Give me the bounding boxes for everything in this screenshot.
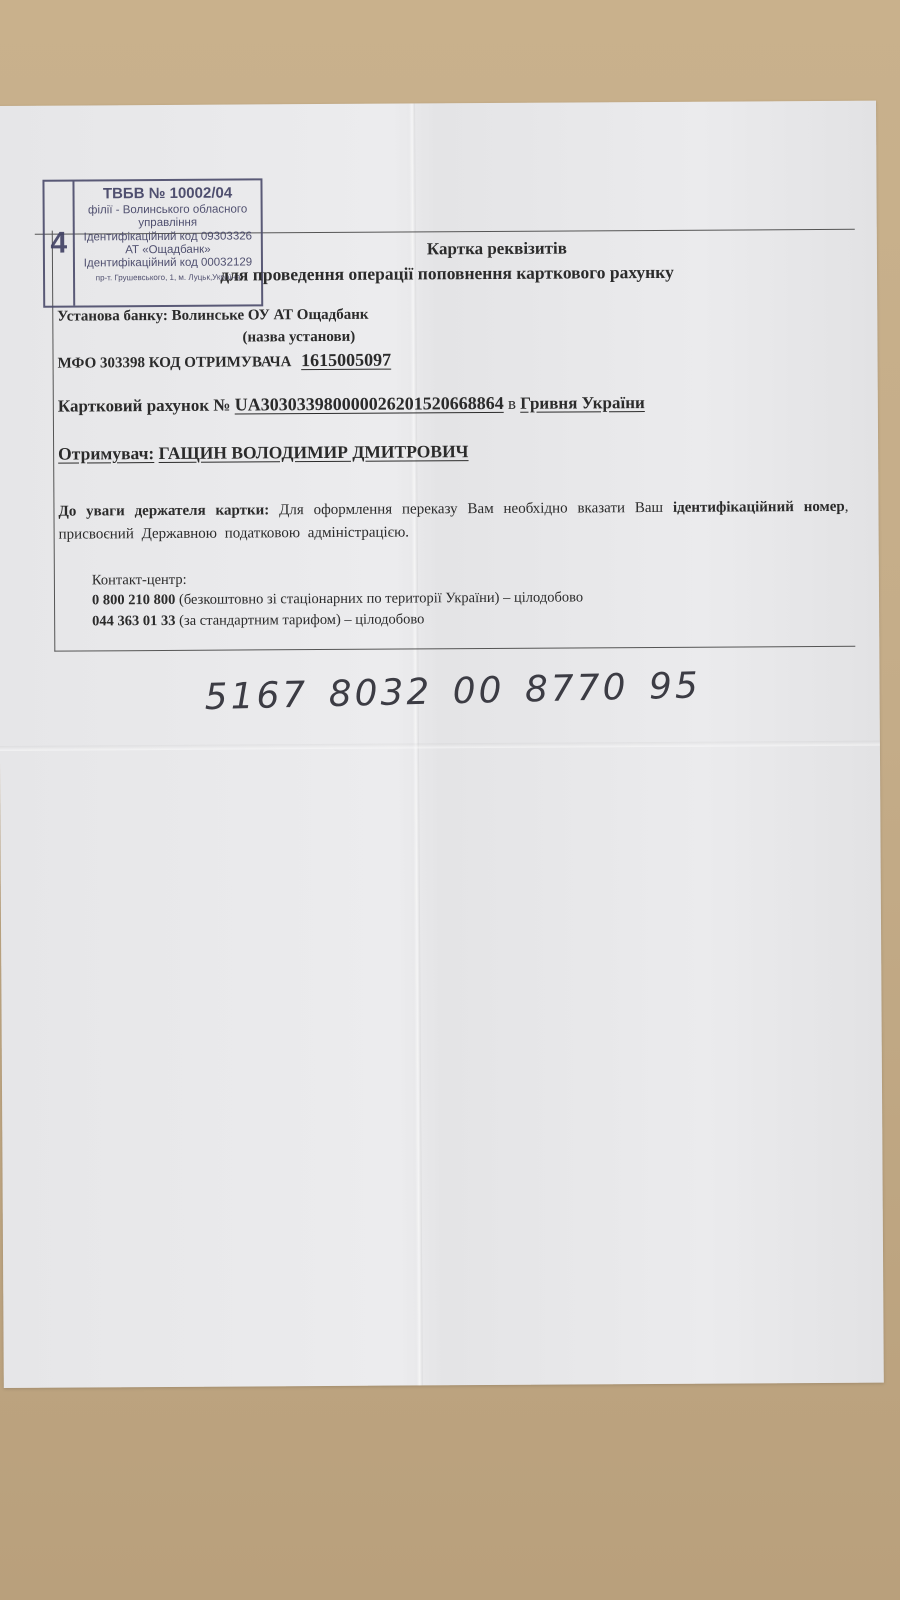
stamp-body: ТВБВ № 10002/04 філії - Волинського обла… — [74, 180, 261, 305]
recipient-code: 1615005097 — [301, 350, 391, 371]
cardholder-notice: До уваги держателя картки: Для оформленн… — [58, 496, 848, 546]
stamp-line: управління — [75, 217, 261, 231]
stamp-line: філії - Волинського обласного — [75, 204, 261, 218]
account-number: UA303033980000026201520668864 — [235, 393, 504, 415]
bank-hint: (назва установи) — [242, 329, 355, 347]
currency: Гривня України — [520, 393, 645, 413]
bank-stamp: 4 ТВБВ № 10002/04 філії - Волинського об… — [42, 178, 263, 307]
stamp-line: АТ «Ощадбанк» — [75, 243, 261, 257]
fold-crease-horizontal — [0, 741, 880, 751]
account-label: Картковий рахунок № — [58, 396, 231, 416]
recipient-line: Отримувач: ГАЩИН ВОЛОДИМИР ДМИТРОВИЧ — [58, 441, 468, 465]
recipient-name: ГАЩИН ВОЛОДИМИР ДМИТРОВИЧ — [159, 441, 469, 463]
document-subtitle: для проведення операції поповнення картк… — [167, 262, 727, 286]
document-title: Картка реквізитів — [287, 238, 707, 261]
mfo-line: МФО 303398 КОД ОТРИМУВАЧА 1615005097 — [58, 350, 392, 373]
bank-name: Волинське ОУ АТ Ощадбанк — [172, 307, 369, 324]
stamp-number: 4 — [44, 182, 75, 306]
recipient-label: Отримувач: — [58, 443, 154, 464]
contact-phone-row: 0 800 210 800 (безкоштовно зі стаціонарн… — [92, 588, 583, 611]
handwritten-card-number: 5167 8032 00 8770 95 — [204, 665, 701, 718]
phone-note: (за стандартним тарифом) – цілодобово — [179, 611, 424, 628]
notice-label: До уваги держателя картки: — [58, 502, 269, 519]
mfo-label: МФО 303398 КОД ОТРИМУВАЧА — [58, 354, 292, 371]
currency-prefix: в — [508, 394, 516, 413]
contact-phone-row: 044 363 01 33 (за стандартним тарифом) –… — [92, 608, 583, 631]
phone-number: 0 800 210 800 — [92, 592, 175, 609]
contact-center: Контакт-центр: 0 800 210 800 (безкоштовн… — [92, 567, 583, 631]
notice-bold-text: ідентифікаційний номер — [673, 499, 845, 516]
bank-institution-line: Установа банку: Волинське ОУ АТ Ощадбанк — [57, 307, 368, 326]
notice-text: Для оформлення переказу Вам необхідно вк… — [279, 500, 663, 518]
stamp-title: ТВБВ № 10002/04 — [74, 184, 260, 202]
bank-label: Установа банку: — [57, 308, 168, 325]
phone-note: (безкоштовно зі стаціонарних по територі… — [179, 590, 583, 608]
account-line: Картковий рахунок № UA303033980000026201… — [58, 392, 645, 417]
phone-number: 044 363 01 33 — [92, 613, 175, 630]
document-sheet: 4 ТВБВ № 10002/04 філії - Волинського об… — [0, 101, 884, 1388]
stamp-line: Ідентифікаційний код 09303326 — [75, 230, 261, 244]
